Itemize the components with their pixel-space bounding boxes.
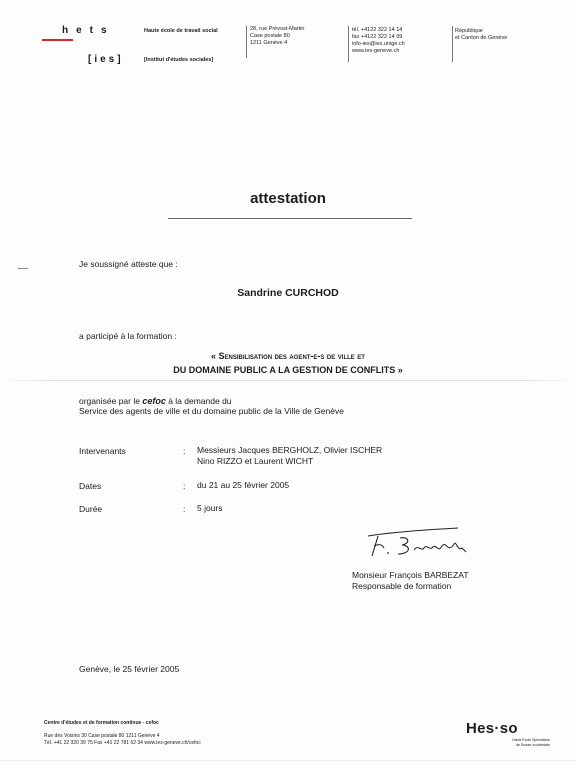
- header-contact: tél. +4122 322 14 14 fax +4122 322 14 99…: [352, 27, 405, 55]
- ies-logo: [ies]: [88, 54, 124, 65]
- colon: :: [183, 481, 185, 491]
- organised-by: organisée par le cefoc à la demande du S…: [79, 396, 344, 416]
- signer-name: Monsieur François BARBEZAT: [352, 570, 469, 581]
- footer-address: Rue des Voisins 30 Case postale 80 1211 …: [44, 733, 201, 747]
- header-divider: [348, 26, 349, 62]
- label-duree: Durée: [79, 504, 102, 514]
- header-divider: [246, 26, 247, 58]
- footer-address-line: Rue des Voisins 30 Case postale 80 1211 …: [44, 733, 201, 740]
- website: www.ies-geneve.ch: [352, 48, 405, 55]
- address-line: Case postale 80: [250, 33, 304, 40]
- phone: tél. +4122 322 14 14: [352, 27, 405, 34]
- value-intervenants: Messieurs Jacques BERGHOLZ, Olivier ISCH…: [197, 445, 382, 467]
- organiser: cefoc: [142, 396, 166, 406]
- school-name: Haute école de travail social: [144, 28, 218, 34]
- colon: :: [183, 504, 185, 514]
- course-title: « Sensibilisation des agent-e-s de ville…: [0, 349, 576, 377]
- service-name: Service des agents de ville et du domain…: [79, 406, 344, 416]
- header-canton: République et Canton de Genève: [455, 28, 507, 42]
- participant-name: Sandrine CURCHOD: [0, 287, 576, 299]
- participated-text: a participé à la formation :: [79, 331, 177, 341]
- value-duree: 5 jours: [197, 503, 223, 514]
- document-title: attestation: [0, 190, 576, 207]
- footer-contact-line: Tél. +41 22 320 39 75 Fax +41 22 781 62 …: [44, 740, 201, 747]
- organised-prefix: organisée par le: [79, 396, 142, 406]
- email: info-ies@ies.unige.ch: [352, 41, 405, 48]
- course-title-line2: du domaine public a la gestion de confli…: [0, 363, 576, 377]
- header-divider: [452, 26, 453, 62]
- hesso-subtitle: Haute Ecole Spécialisée de Suisse occide…: [490, 738, 550, 747]
- value-dates: du 21 au 25 février 2005: [197, 480, 289, 491]
- organised-suffix: à la demande du: [166, 396, 232, 406]
- signer-role: Responsable de formation: [352, 581, 469, 592]
- intervenants-line: Messieurs Jacques BERGHOLZ, Olivier ISCH…: [197, 445, 382, 456]
- course-title-line1: « Sensibilisation des agent-e-s de ville…: [0, 349, 576, 363]
- address-line: 1211 Genève 4: [250, 40, 304, 47]
- hets-logo: hets: [62, 25, 115, 36]
- intro-text: Je soussigné atteste que :: [79, 259, 178, 269]
- page-edge: [0, 760, 576, 761]
- place-and-date: Genève, le 25 février 2005: [79, 664, 179, 674]
- institute-name: [Institut d'études sociales]: [144, 57, 213, 63]
- signer-block: Monsieur François BARBEZAT Responsable d…: [352, 570, 469, 592]
- logo-accent-line: [42, 39, 73, 41]
- handwritten-signature: [362, 526, 482, 567]
- canton-line: République: [455, 28, 507, 35]
- header-address: 28, rue Prévost-Martin Case postale 80 1…: [250, 26, 304, 47]
- hesso-logo: Hes·so: [466, 720, 518, 737]
- title-rule: [168, 218, 412, 219]
- paper-fold: [0, 380, 576, 381]
- footer-organisation: Centre d'études et de formation continue…: [44, 720, 159, 726]
- colon: :: [183, 446, 185, 456]
- intervenants-line: Nino RIZZO et Laurent WICHT: [197, 456, 382, 467]
- label-intervenants: Intervenants: [79, 446, 126, 456]
- canton-line: et Canton de Genève: [455, 35, 507, 42]
- hesso-sub-line: de Suisse occidentale: [490, 743, 550, 748]
- address-line: 28, rue Prévost-Martin: [250, 26, 304, 33]
- margin-mark: [18, 268, 28, 269]
- label-dates: Dates: [79, 481, 101, 491]
- fax: fax +4122 322 14 99: [352, 34, 405, 41]
